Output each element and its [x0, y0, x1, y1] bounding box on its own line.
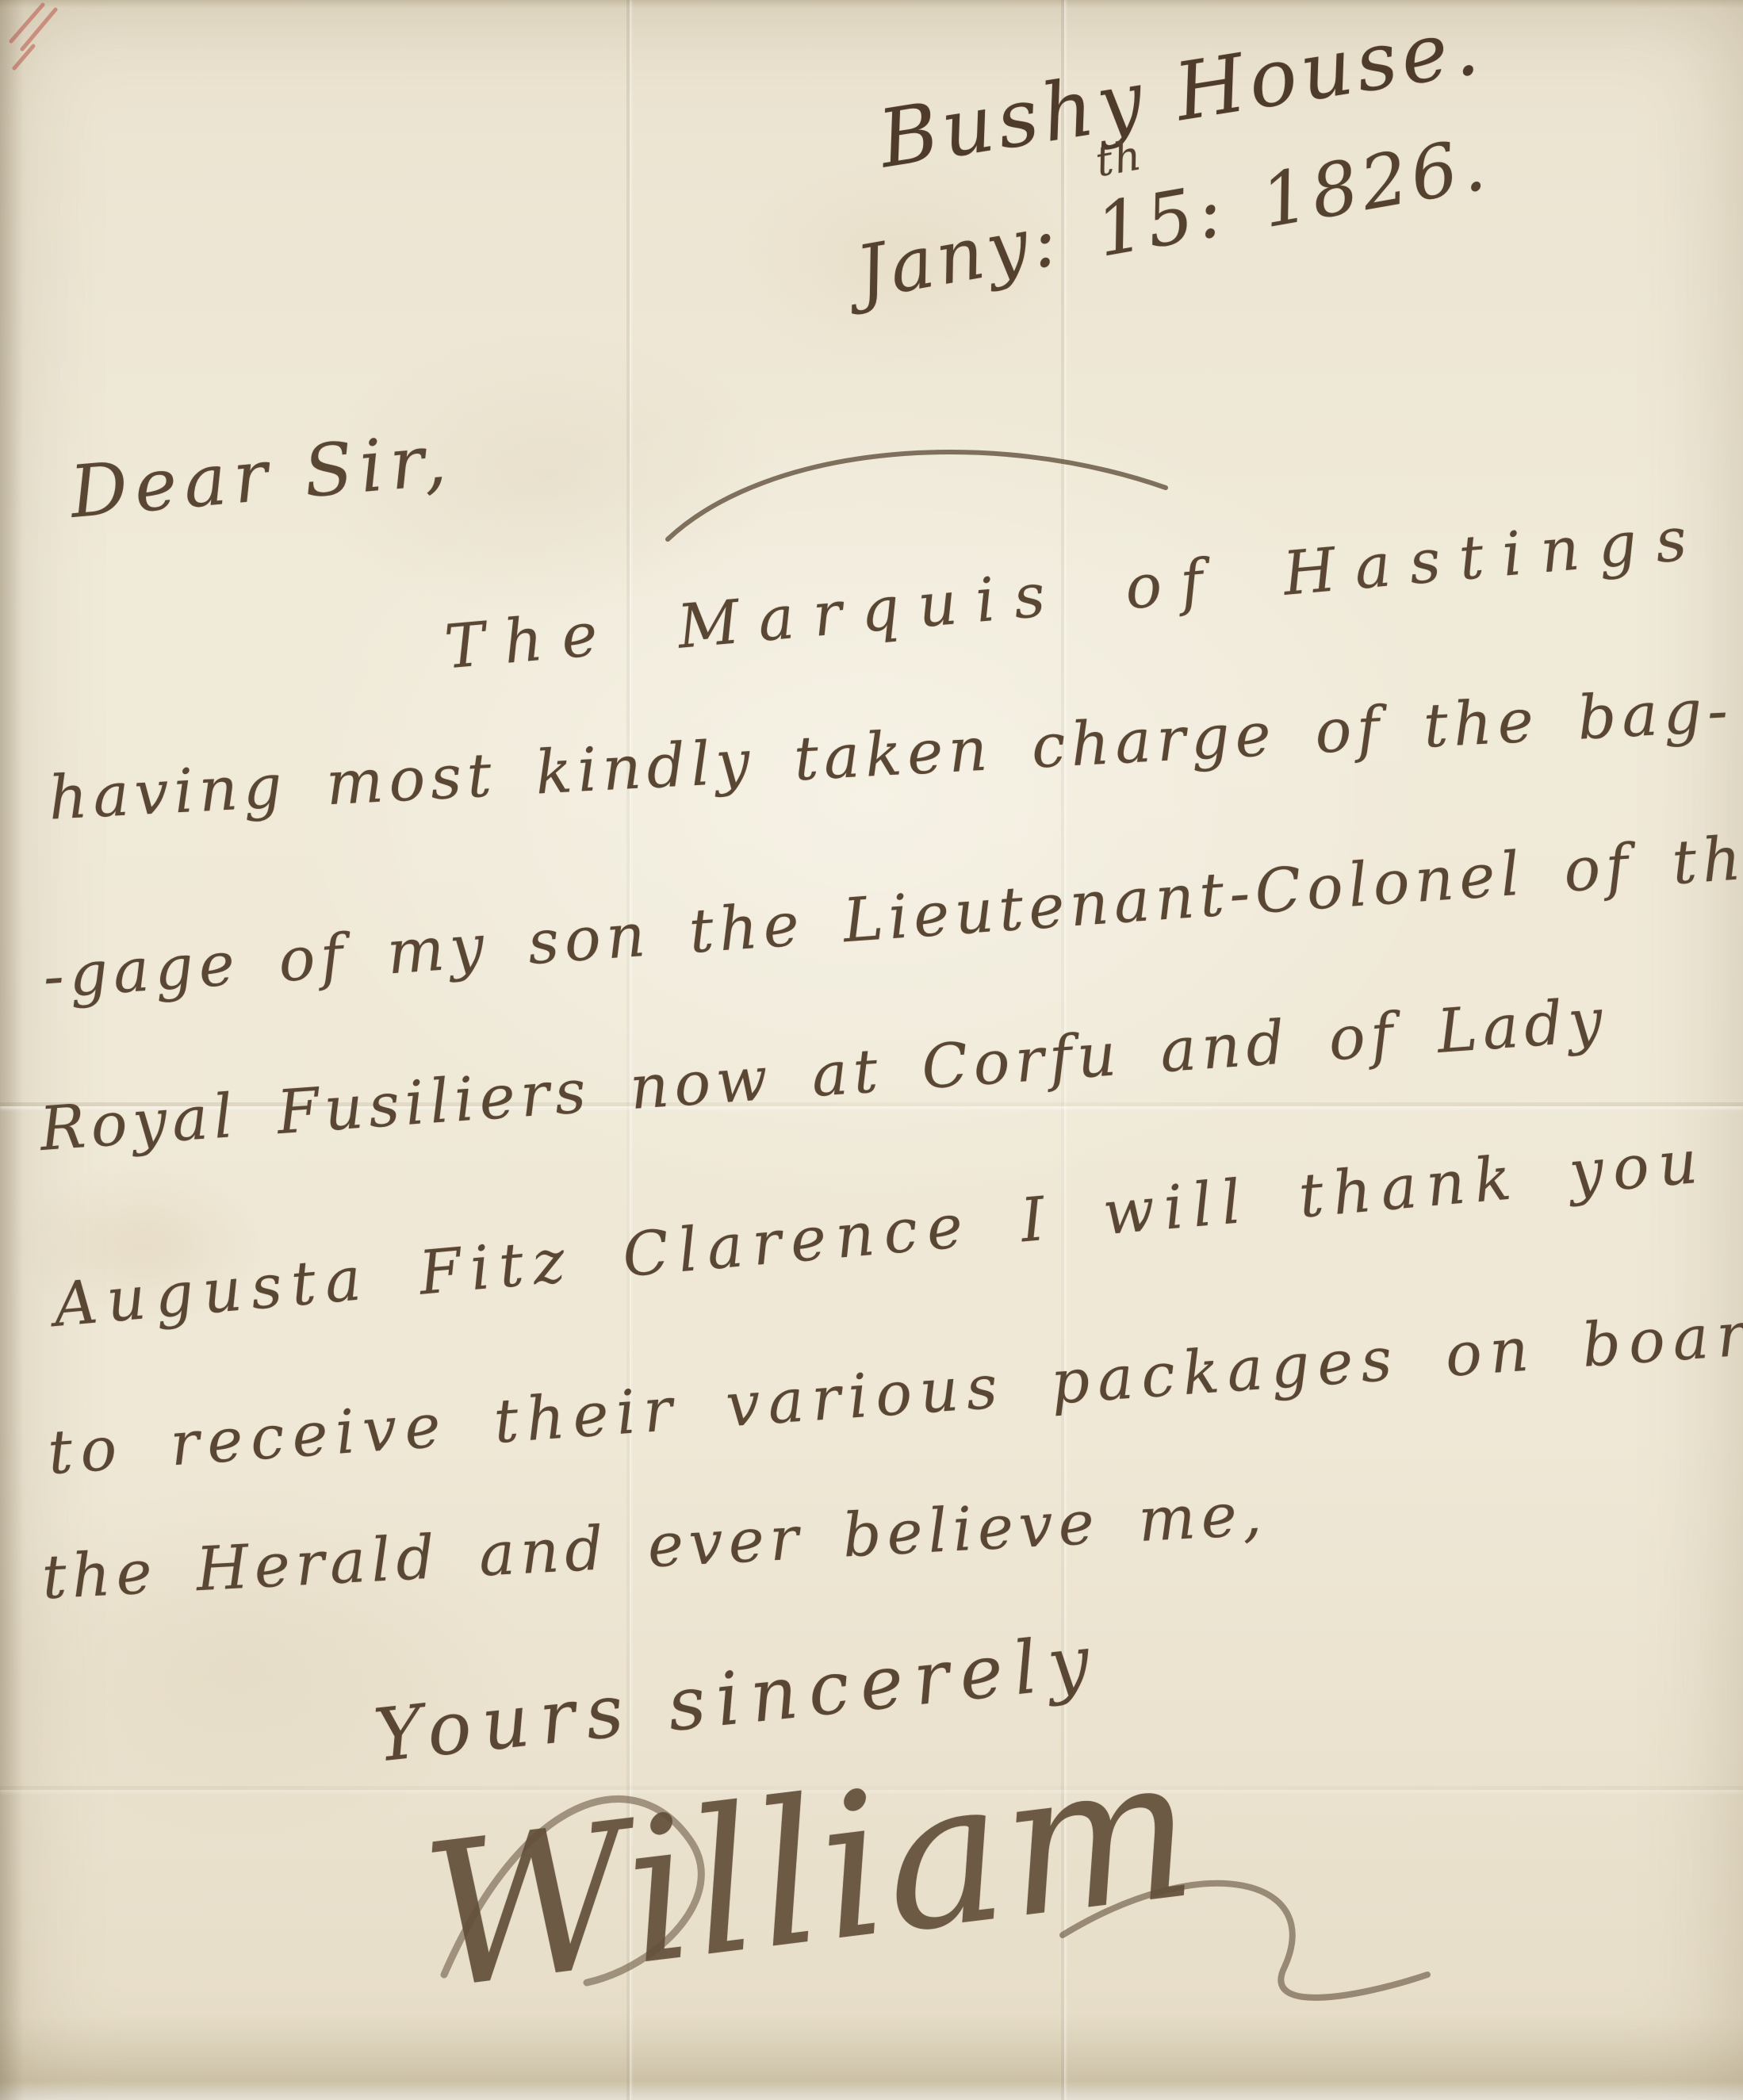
red-pencil-mark: [6, 0, 133, 71]
date-prefix: Jany:: [850, 197, 1067, 316]
date-day: th 15:: [1090, 167, 1232, 274]
body-line: Augusta Fitz Clarence I will thank you: [51, 1125, 1710, 1340]
body-line: Royal Fusiliers now at Corfu and of Lady: [37, 984, 1610, 1164]
body-line: the Herald and ever believe me,: [40, 1478, 1269, 1613]
salutation: Dear Sir,: [67, 418, 456, 535]
date-year: 1826.: [1255, 121, 1495, 244]
paper-edge-shadow: [0, 0, 24, 2100]
body-line: The Marquis of Hastings: [442, 502, 1708, 683]
date-superscript: th: [1092, 132, 1146, 186]
body-line: to receive their various packages on boa…: [46, 1295, 1743, 1488]
body-line: -gage of my son the Lieutenant-Colonel o…: [41, 819, 1743, 1012]
body-line: having most kindly taken charge of the b…: [47, 674, 1735, 833]
letter-page: Bushy House. Jany: th 15: 1826. Dear Sir…: [0, 0, 1743, 2100]
